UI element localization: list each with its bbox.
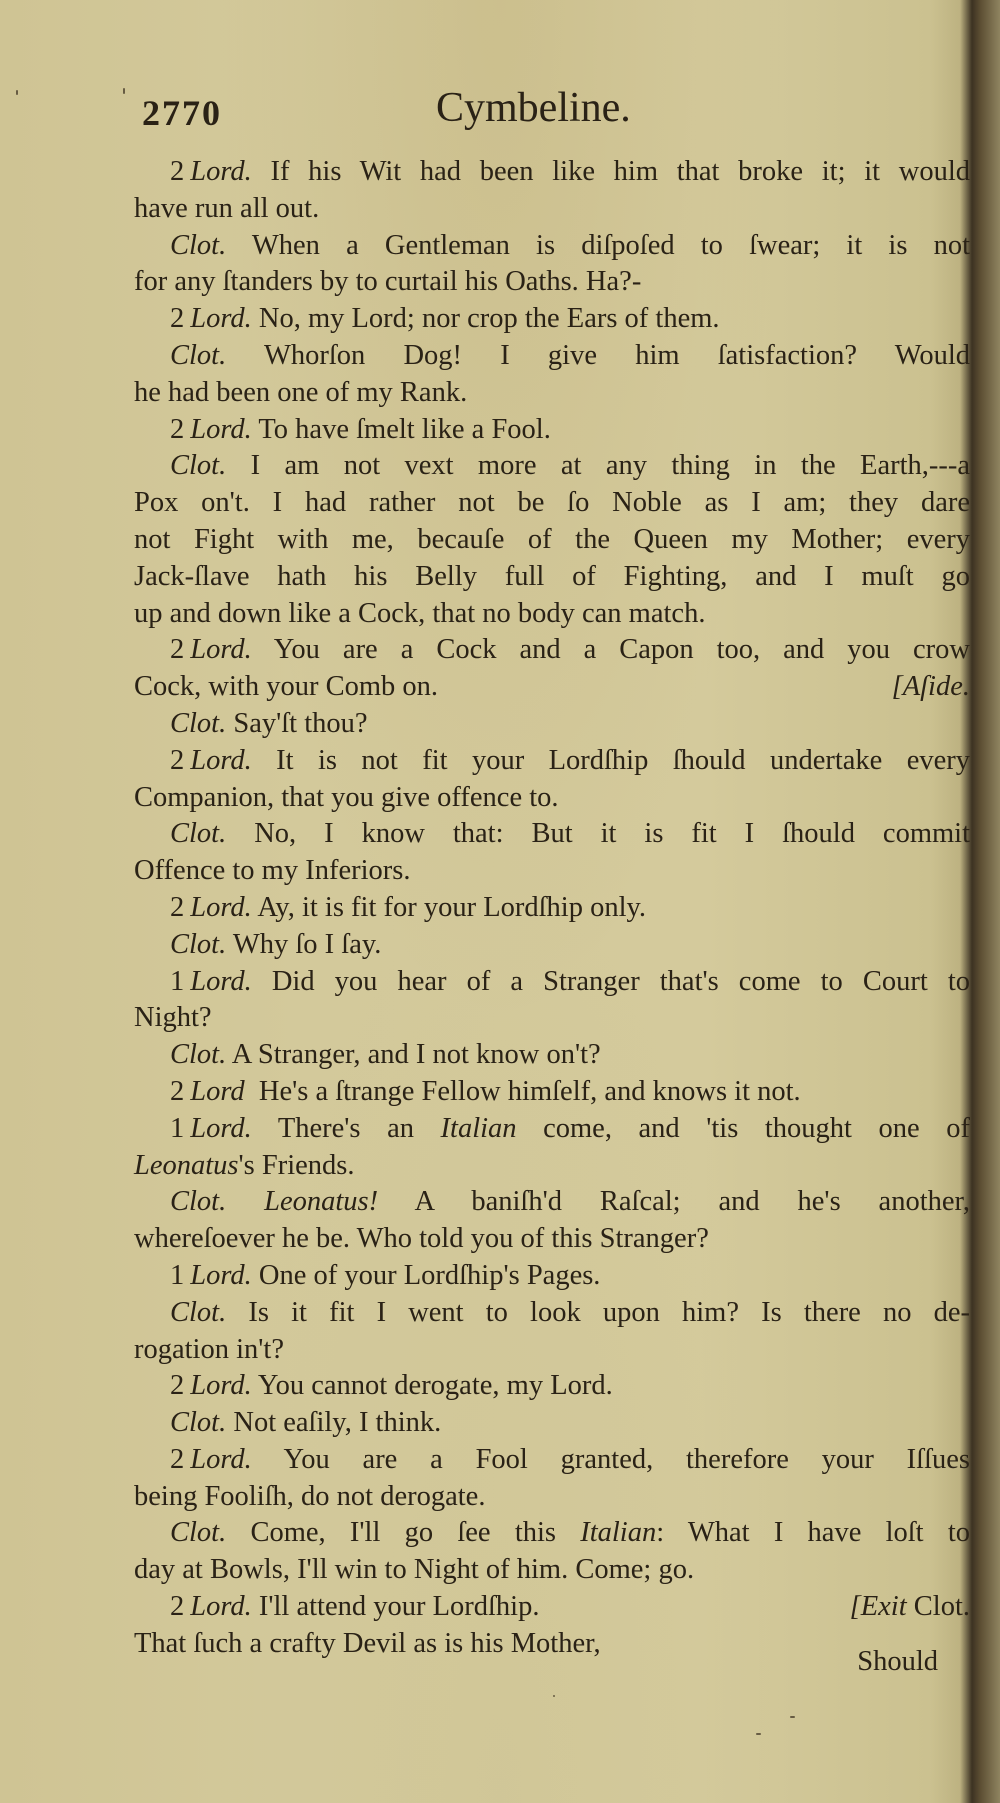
speaker-name: Clot. xyxy=(170,1407,226,1438)
text-line: 2Lord. I'll attend your Lordſhip.[Exit C… xyxy=(134,1589,970,1626)
italic-name: Leonatus xyxy=(134,1150,239,1181)
line-text: Jack-ſlave hath his Belly full of Fighti… xyxy=(134,561,970,592)
text-line: 1Lord. There's an Italian come, and 'tis… xyxy=(134,1111,970,1148)
speaker-name: Lord. xyxy=(190,1370,252,1401)
speaker-name: Lord xyxy=(190,1076,244,1107)
catchword: Should xyxy=(857,1646,938,1678)
speaker-number: 2 xyxy=(170,156,184,187)
speaker-name: Lord. xyxy=(190,1113,252,1144)
line-text: One of your Lordſhip's Pages. xyxy=(259,1260,601,1291)
scan-speck xyxy=(16,90,18,95)
text-line: Clot. Leonatus! A baniſh'd Raſcal; and h… xyxy=(134,1184,970,1221)
line-text: Did you hear of a Stranger that's come t… xyxy=(272,966,970,997)
text-line: 2Lord. To have ſmelt like a Fool. xyxy=(134,412,970,449)
italic-word: Italian xyxy=(580,1517,656,1548)
stage-direction-exit: [Exit xyxy=(850,1591,907,1622)
text-line: Clot. Whorſon Dog! I give him ſatisfacti… xyxy=(134,338,970,375)
text-line: Clot. Not eaſily, I think. xyxy=(134,1405,970,1442)
speaker-number: 1 xyxy=(170,1260,184,1291)
speaker-name: Clot. xyxy=(170,1517,226,1548)
stage-direction-character: Clot. xyxy=(907,1591,970,1622)
speaker-number: 1 xyxy=(170,966,184,997)
line-text: Cock, with your Comb on. xyxy=(134,671,438,702)
text-line: 2Lord. You are a Fool granted, therefore… xyxy=(134,1442,970,1479)
speaker-name: Lord. xyxy=(190,1444,252,1475)
line-text: : What I have loſt to xyxy=(656,1517,970,1548)
scan-speck xyxy=(790,1716,795,1718)
scan-speck xyxy=(756,1733,761,1735)
line-text: Is it fit I went to look upon him? Is th… xyxy=(248,1297,970,1328)
text-line: have run all out. xyxy=(134,191,970,228)
speaker-number: 2 xyxy=(170,745,184,776)
scan-speck xyxy=(123,88,125,94)
line-text: he had been one of my Rank. xyxy=(134,377,467,408)
speaker-number: 2 xyxy=(170,1370,184,1401)
line-text: You cannot derogate, my Lord. xyxy=(258,1370,613,1401)
speaker-number: 2 xyxy=(170,414,184,445)
speaker-name: Lord. xyxy=(190,1260,252,1291)
speaker-name: Lord. xyxy=(190,634,252,665)
text-line: That ſuch a crafty Devil as is his Mothe… xyxy=(134,1626,970,1663)
line-text: If his Wit had been like him that broke … xyxy=(270,156,970,187)
text-line: Clot. Why ſo I ſay. xyxy=(134,927,970,964)
text-line: up and down like a Cock, that no body ca… xyxy=(134,596,970,633)
line-text: day at Bowls, I'll win to Night of him. … xyxy=(134,1554,694,1585)
text-line: Clot. Say'ſt thou? xyxy=(134,706,970,743)
text-line: Companion, that you give offence to. xyxy=(134,780,970,817)
speaker-number: 2 xyxy=(170,1076,184,1107)
speaker-name: Lord. xyxy=(190,966,252,997)
text-line: Clot. When a Gentleman is diſpoſed to ſw… xyxy=(134,228,970,265)
speaker-name: Lord. xyxy=(190,414,252,445)
text-line: 2Lord. It is not fit your Lordſhip ſhoul… xyxy=(134,743,970,780)
page-number: 2770 xyxy=(142,92,222,134)
line-text: A Stranger, and I not know on't? xyxy=(232,1039,601,1070)
speaker-name: Clot. xyxy=(170,818,226,849)
line-text: not Fight with me, becauſe of the Queen … xyxy=(134,524,970,555)
text-line: not Fight with me, becauſe of the Queen … xyxy=(134,522,970,559)
line-text: Whorſon Dog! I give him ſatisfaction? Wo… xyxy=(264,340,970,371)
text-line: Clot. A Stranger, and I not know on't? xyxy=(134,1037,970,1074)
text-line: Cock, with your Comb on.[Aſide. xyxy=(134,669,970,706)
text-line: he had been one of my Rank. xyxy=(134,375,970,412)
italic-name: Leonatus! xyxy=(264,1186,378,1217)
line-text: Pox on't. I had rather not be ſo Noble a… xyxy=(134,487,970,518)
text-line: 2Lord He's a ſtrange Fellow himſelf, and… xyxy=(134,1074,970,1111)
speaker-name: Clot. xyxy=(170,1297,226,1328)
speaker-name: Clot. xyxy=(170,708,226,739)
line-text: being Fooliſh, do not derogate. xyxy=(134,1481,485,1512)
line-text: rogation in't? xyxy=(134,1334,284,1365)
text-line: 2Lord. If his Wit had been like him that… xyxy=(134,154,970,191)
text-line: Pox on't. I had rather not be ſo Noble a… xyxy=(134,485,970,522)
speaker-name: Lord. xyxy=(190,156,252,187)
speaker-name: Clot. xyxy=(170,929,226,960)
speaker-name: Lord. xyxy=(190,892,252,923)
page-header: 2770 Cymbeline. xyxy=(130,84,950,144)
line-text-pre: There's an xyxy=(278,1113,441,1144)
line-text: A baniſh'd Raſcal; and he's another, xyxy=(378,1186,970,1217)
line-text: up and down like a Cock, that no body ca… xyxy=(134,598,705,629)
line-text: have run all out. xyxy=(134,193,319,224)
line-text: You are a Cock and a Capon too, and you … xyxy=(274,634,970,665)
line-text: To have ſmelt like a Fool. xyxy=(258,414,550,445)
line-text: I'll attend your Lordſhip. xyxy=(259,1591,540,1622)
text-line: 2Lord. Ay, it is fit for your Lordſhip o… xyxy=(134,890,970,927)
text-line: Night? xyxy=(134,1000,970,1037)
speaker-name: Clot. xyxy=(170,450,226,481)
speaker-number: 2 xyxy=(170,634,184,665)
scan-speck xyxy=(553,1695,555,1697)
line-text: Why ſo I ſay. xyxy=(233,929,382,960)
line-text-pre: Come, I'll go ſee this xyxy=(250,1517,580,1548)
speaker-number: 2 xyxy=(170,1444,184,1475)
text-line: being Fooliſh, do not derogate. xyxy=(134,1479,970,1516)
line-text: He's a ſtrange Fellow himſelf, and knows… xyxy=(259,1076,801,1107)
play-text: 2Lord. If his Wit had been like him that… xyxy=(134,154,970,1663)
italic-word: Italian xyxy=(441,1113,517,1144)
speaker-name: Lord. xyxy=(190,745,252,776)
speaker-name: Clot. xyxy=(170,1186,226,1217)
text-line: Clot. I am not vext more at any thing in… xyxy=(134,448,970,485)
text-line: Leonatus's Friends. xyxy=(134,1148,970,1185)
stage-direction: [Aſide. xyxy=(892,669,970,706)
line-text: No, I know that: But it is fit I ſhould … xyxy=(254,818,970,849)
line-text: Offence to my Inferiors. xyxy=(134,855,410,886)
text-line: day at Bowls, I'll win to Night of him. … xyxy=(134,1552,970,1589)
text-line: 1Lord. One of your Lordſhip's Pages. xyxy=(134,1258,970,1295)
text-line: 1Lord. Did you hear of a Stranger that's… xyxy=(134,964,970,1001)
line-text: whereſoever he be. Who told you of this … xyxy=(134,1223,709,1254)
line-text: Not eaſily, I think. xyxy=(233,1407,441,1438)
text-line: 2Lord. You cannot derogate, my Lord. xyxy=(134,1368,970,1405)
text-line: Clot. Come, I'll go ſee this Italian: Wh… xyxy=(134,1515,970,1552)
speaker-name: Clot. xyxy=(170,1039,226,1070)
speaker-name: Lord. xyxy=(190,1591,252,1622)
stage-direction: [Exit Clot. xyxy=(850,1589,970,1626)
line-text: come, and 'tis thought one of xyxy=(517,1113,970,1144)
speaker-name: Clot. xyxy=(170,340,226,371)
text-line: Jack-ſlave hath his Belly full of Fighti… xyxy=(134,559,970,596)
line-text: Say'ſt thou? xyxy=(233,708,367,739)
line-text: Ay, it is fit for your Lordſhip only. xyxy=(257,892,646,923)
text-line: rogation in't? xyxy=(134,1332,970,1369)
text-line: Clot. No, I know that: But it is fit I ſ… xyxy=(134,816,970,853)
speaker-name: Clot. xyxy=(170,230,226,261)
speaker-number: 2 xyxy=(170,1591,184,1622)
text-line: 2Lord. No, my Lord; nor crop the Ears of… xyxy=(134,301,970,338)
line-text: for any ſtanders by to curtail his Oaths… xyxy=(134,266,641,297)
speaker-number: 2 xyxy=(170,303,184,334)
line-text: I am not vext more at any thing in the E… xyxy=(251,450,970,481)
line-text: When a Gentleman is diſpoſed to ſwear; i… xyxy=(252,230,970,261)
line-text: You are a Fool granted, therefore your I… xyxy=(284,1444,970,1475)
speaker-number: 1 xyxy=(170,1113,184,1144)
speaker-number: 2 xyxy=(170,892,184,923)
line-text: 's Friends. xyxy=(239,1150,355,1181)
speaker-name: Lord. xyxy=(190,303,252,334)
line-text: Companion, that you give offence to. xyxy=(134,782,559,813)
line-text: No, my Lord; nor crop the Ears of them. xyxy=(259,303,720,334)
line-text: Night? xyxy=(134,1002,212,1033)
line-text: It is not fit your Lordſhip ſhould under… xyxy=(276,745,970,776)
text-line: Clot. Is it fit I went to look upon him?… xyxy=(134,1295,970,1332)
text-line: 2Lord. You are a Cock and a Capon too, a… xyxy=(134,632,970,669)
text-line: for any ſtanders by to curtail his Oaths… xyxy=(134,264,970,301)
running-title: Cymbeline. xyxy=(436,84,631,132)
text-line: whereſoever he be. Who told you of this … xyxy=(134,1221,970,1258)
line-text: That ſuch a crafty Devil as is his Mothe… xyxy=(134,1628,601,1659)
text-line: Offence to my Inferiors. xyxy=(134,853,970,890)
